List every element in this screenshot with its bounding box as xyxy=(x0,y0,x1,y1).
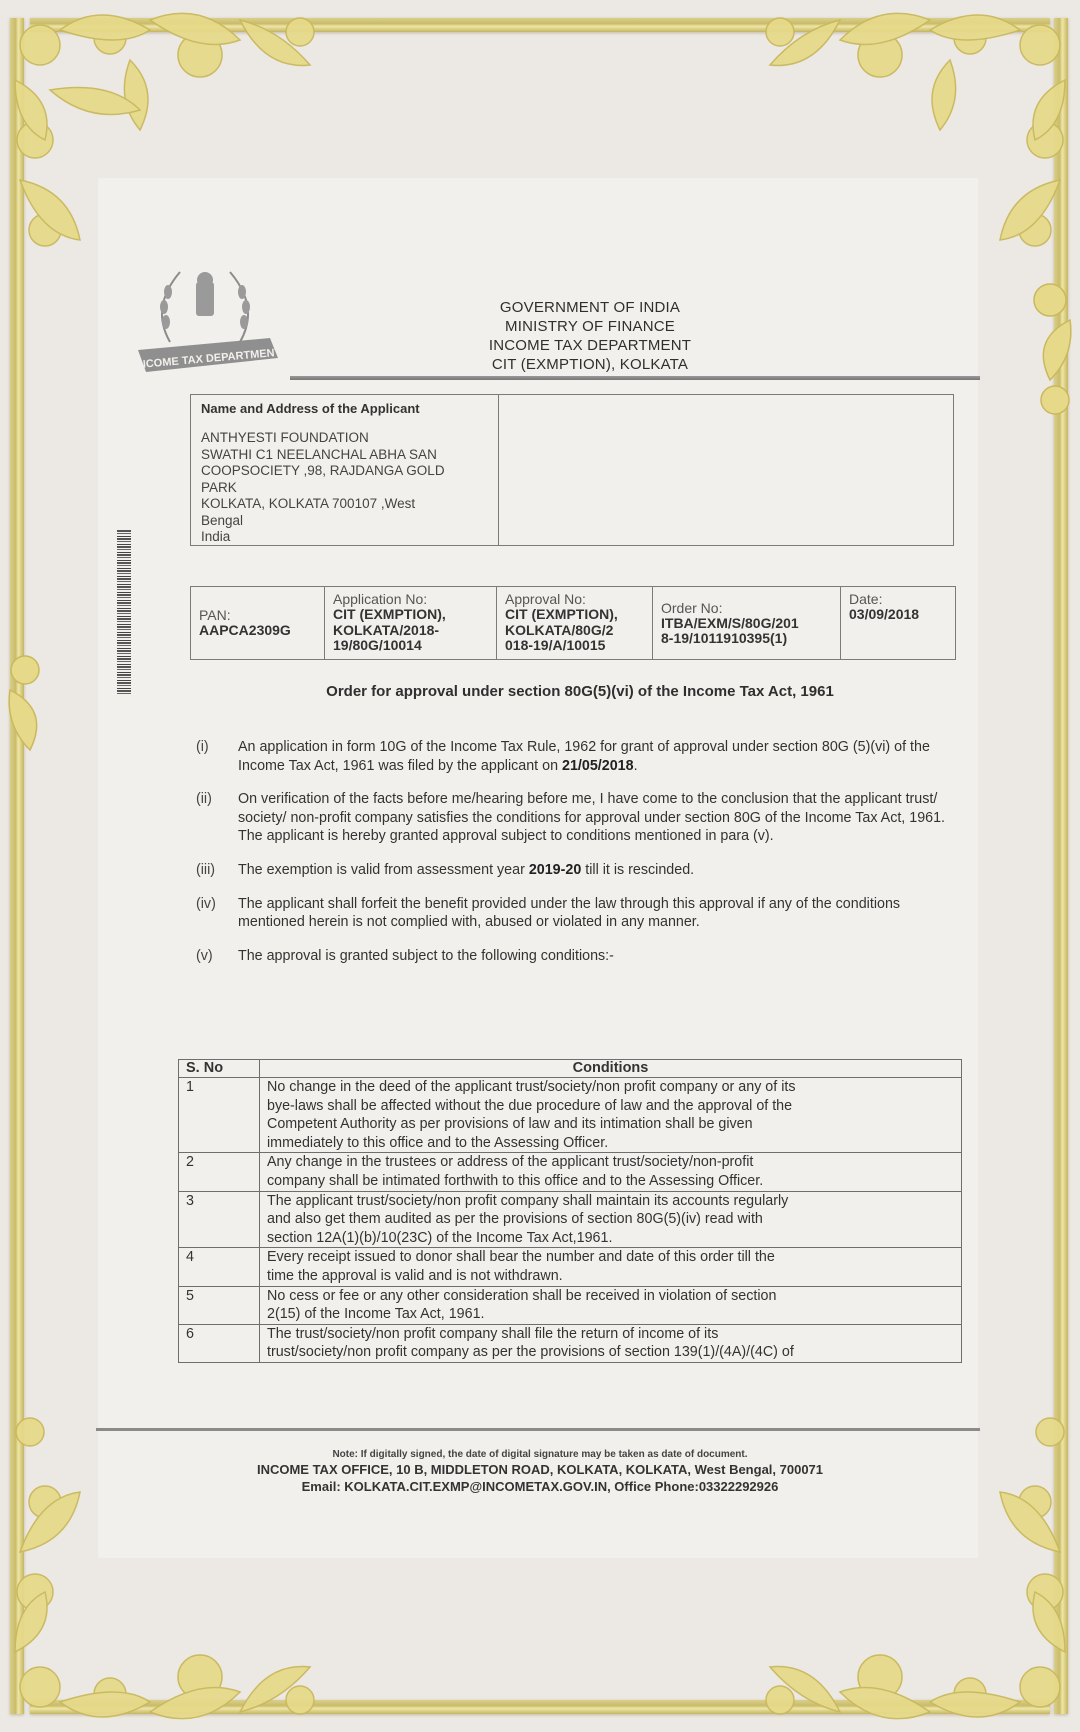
header-line: MINISTRY OF FINANCE xyxy=(440,317,740,336)
paragraph-text: The approval is granted subject to the f… xyxy=(238,947,956,966)
issuing-authority-header: GOVERNMENT OF INDIA MINISTRY OF FINANCE … xyxy=(440,298,740,374)
conditions-header: Conditions xyxy=(260,1060,962,1078)
condition-row: 5No cess or fee or any other considerati… xyxy=(179,1286,962,1324)
condition-line: Any change in the trustees or address of… xyxy=(267,1153,954,1172)
paragraph-emphasis: 21/05/2018 xyxy=(562,758,634,774)
sno-header: S. No xyxy=(179,1060,260,1078)
conditions-header-row: S. No Conditions xyxy=(179,1060,962,1078)
condition-line: 2(15) of the Income Tax Act, 1961. xyxy=(267,1305,954,1324)
applicant-box: Name and Address of the Applicant ANTHYE… xyxy=(190,394,954,546)
paragraph-number: (iv) xyxy=(196,895,238,932)
condition-line: immediately to this office and to the As… xyxy=(267,1134,954,1153)
paragraph-text-part: On verification of the facts before me/h… xyxy=(238,791,945,844)
paragraph-text-part: The approval is granted subject to the f… xyxy=(238,948,614,964)
approval-no-cell: Approval No: CIT (EXMPTION), KOLKATA/80G… xyxy=(497,587,653,659)
condition-line: No change in the deed of the applicant t… xyxy=(267,1078,954,1097)
paragraph-text: The exemption is valid from assessment y… xyxy=(238,861,956,880)
paragraph-text-part: . xyxy=(634,758,638,774)
date-cell: Date: 03/09/2018 xyxy=(841,587,955,659)
condition-line: section 12A(1)(b)/10(23C) of the Income … xyxy=(267,1229,954,1248)
order-paragraph: (v)The approval is granted subject to th… xyxy=(196,947,956,966)
condition-row: 6The trust/society/non profit company sh… xyxy=(179,1324,962,1362)
order-info-table: PAN: AAPCA2309G Application No: CIT (EXM… xyxy=(190,586,956,660)
condition-text: Any change in the trustees or address of… xyxy=(260,1153,962,1191)
condition-row: 4Every receipt issued to donor shall bea… xyxy=(179,1248,962,1286)
condition-line: Every receipt issued to donor shall bear… xyxy=(267,1248,954,1267)
application-no-label: Application No: xyxy=(333,591,488,607)
condition-line: time the approval is valid and is not wi… xyxy=(267,1267,954,1286)
application-no-value: 19/80G/10014 xyxy=(333,638,488,654)
side-ornament-right xyxy=(1010,260,1080,460)
applicant-box-blank xyxy=(499,395,953,545)
order-no-label: Order No: xyxy=(661,600,832,616)
applicant-address: ANTHYESTI FOUNDATION SWATHI C1 NEELANCHA… xyxy=(201,430,488,546)
emblem-icon: INCOME TAX DEPARTMENT xyxy=(120,262,290,382)
condition-line: and also get them audited as per the pro… xyxy=(267,1210,954,1229)
footer-note: Note: If digitally signed, the date of d… xyxy=(190,1448,890,1461)
condition-text: The applicant trust/society/non profit c… xyxy=(260,1191,962,1248)
frame-bar-top xyxy=(30,18,1050,32)
frame-bar-bottom xyxy=(30,1700,1050,1714)
order-paragraph: (i)An application in form 10G of the Inc… xyxy=(196,738,956,775)
order-no-value: 8-19/1011910395(1) xyxy=(661,631,832,647)
condition-sno: 2 xyxy=(179,1153,260,1191)
paragraph-number: (i) xyxy=(196,738,238,775)
pan-label: PAN: xyxy=(199,607,316,623)
pan-value: AAPCA2309G xyxy=(199,623,316,639)
approval-no-value: 018-19/A/10015 xyxy=(505,638,644,654)
condition-line: The applicant trust/society/non profit c… xyxy=(267,1192,954,1211)
address-line: Bengal xyxy=(201,513,488,530)
paragraph-number: (iii) xyxy=(196,861,238,880)
frame-bar-left xyxy=(10,18,24,1714)
approval-no-value: CIT (EXMPTION), xyxy=(505,607,644,623)
applicant-details: Name and Address of the Applicant ANTHYE… xyxy=(191,395,499,545)
paragraph-text-part: till it is rescinded. xyxy=(581,862,694,878)
application-no-value: KOLKATA/2018- xyxy=(333,623,488,639)
condition-line: trust/society/non profit company as per … xyxy=(267,1343,954,1362)
header-line: CIT (EXMPTION), KOLKATA xyxy=(440,355,740,374)
paragraph-number: (ii) xyxy=(196,790,238,846)
application-no-cell: Application No: CIT (EXMPTION), KOLKATA/… xyxy=(325,587,497,659)
condition-line: company shall be intimated forthwith to … xyxy=(267,1172,954,1191)
condition-row: 1No change in the deed of the applicant … xyxy=(179,1078,962,1153)
condition-line: The trust/society/non profit company sha… xyxy=(267,1325,954,1344)
paragraph-number: (v) xyxy=(196,947,238,966)
condition-sno: 6 xyxy=(179,1324,260,1362)
condition-sno: 4 xyxy=(179,1248,260,1286)
address-line: SWATHI C1 NEELANCHAL ABHA SAN xyxy=(201,447,488,464)
paragraph-text-part: The exemption is valid from assessment y… xyxy=(238,862,529,878)
frame-bar-right xyxy=(1054,18,1068,1714)
condition-sno: 1 xyxy=(179,1078,260,1153)
condition-line: No cess or fee or any other consideratio… xyxy=(267,1287,954,1306)
approval-no-label: Approval No: xyxy=(505,591,644,607)
footer: Note: If digitally signed, the date of d… xyxy=(190,1448,890,1495)
conditions-table: S. No Conditions 1No change in the deed … xyxy=(178,1059,962,1363)
address-line: PARK xyxy=(201,480,488,497)
order-paragraph: (iv)The applicant shall forfeit the bene… xyxy=(196,895,956,932)
paragraph-text-part: The applicant shall forfeit the benefit … xyxy=(238,896,900,931)
footer-address: INCOME TAX OFFICE, 10 B, MIDDLETON ROAD,… xyxy=(190,1461,890,1478)
order-paragraph: (iii)The exemption is valid from assessm… xyxy=(196,861,956,880)
condition-text: No cess or fee or any other consideratio… xyxy=(260,1286,962,1324)
order-title: Order for approval under section 80G(5)(… xyxy=(190,683,970,700)
approval-no-value: KOLKATA/80G/2 xyxy=(505,623,644,639)
order-paragraph: (ii)On verification of the facts before … xyxy=(196,790,956,846)
condition-row: 3The applicant trust/society/non profit … xyxy=(179,1191,962,1248)
footer-contact: Email: KOLKATA.CIT.EXMP@INCOMETAX.GOV.IN… xyxy=(190,1478,890,1495)
date-value: 03/09/2018 xyxy=(849,607,947,623)
footer-divider xyxy=(96,1428,980,1431)
applicant-label: Name and Address of the Applicant xyxy=(201,401,488,416)
address-line: KOLKATA, KOLKATA 700107 ,West xyxy=(201,496,488,513)
condition-sno: 3 xyxy=(179,1191,260,1248)
header-line: INCOME TAX DEPARTMENT xyxy=(440,336,740,355)
paragraph-text: The applicant shall forfeit the benefit … xyxy=(238,895,956,932)
barcode xyxy=(117,530,131,695)
condition-text: The trust/society/non profit company sha… xyxy=(260,1324,962,1362)
address-line: ANTHYESTI FOUNDATION xyxy=(201,430,488,447)
application-no-value: CIT (EXMPTION), xyxy=(333,607,488,623)
condition-text: No change in the deed of the applicant t… xyxy=(260,1078,962,1153)
order-paragraphs: (i)An application in form 10G of the Inc… xyxy=(196,738,956,980)
income-tax-department-emblem: INCOME TAX DEPARTMENT xyxy=(120,262,290,382)
order-no-cell: Order No: ITBA/EXM/S/80G/201 8-19/101191… xyxy=(653,587,841,659)
order-no-value: ITBA/EXM/S/80G/201 xyxy=(661,616,832,632)
header-line: GOVERNMENT OF INDIA xyxy=(440,298,740,317)
address-line: India xyxy=(201,529,488,546)
paragraph-text: On verification of the facts before me/h… xyxy=(238,790,956,846)
header-divider xyxy=(290,376,980,380)
condition-sno: 5 xyxy=(179,1286,260,1324)
paragraph-emphasis: 2019-20 xyxy=(529,862,581,878)
address-line: COOPSOCIETY ,98, RAJDANGA GOLD xyxy=(201,463,488,480)
side-ornament-left xyxy=(0,640,60,760)
date-label: Date: xyxy=(849,591,947,607)
condition-line: bye-laws shall be affected without the d… xyxy=(267,1097,954,1116)
pan-cell: PAN: AAPCA2309G xyxy=(191,587,325,659)
condition-text: Every receipt issued to donor shall bear… xyxy=(260,1248,962,1286)
paragraph-text: An application in form 10G of the Income… xyxy=(238,738,956,775)
condition-row: 2Any change in the trustees or address o… xyxy=(179,1153,962,1191)
condition-line: Competent Authority as per provisions of… xyxy=(267,1115,954,1134)
